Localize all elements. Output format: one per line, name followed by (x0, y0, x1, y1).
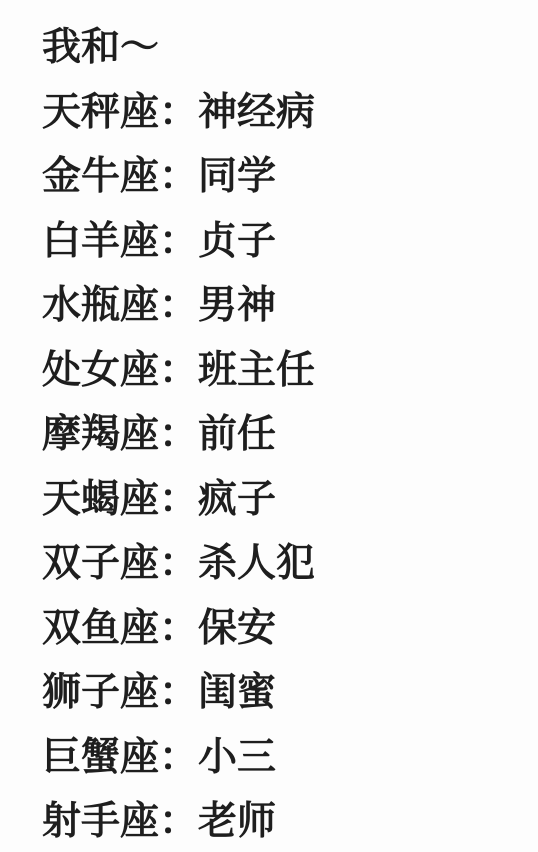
zodiac-row-sagittarius: 射手座：老师 (42, 786, 522, 851)
zodiac-label: 小三 (198, 726, 276, 782)
zodiac-row-virgo: 处女座：班主任 (42, 335, 522, 400)
zodiac-sign: 处女座 (42, 339, 159, 395)
zodiac-sign: 双子座 (42, 532, 159, 588)
page-title: 我和～ (42, 12, 522, 77)
zodiac-row-leo: 狮子座：闺蜜 (42, 657, 522, 722)
zodiac-sign: 狮子座 (42, 661, 159, 717)
zodiac-sign: 双鱼座 (42, 597, 159, 653)
colon-separator: ： (159, 597, 198, 653)
zodiac-row-aries: 白羊座：贞子 (42, 206, 522, 271)
zodiac-row-aquarius: 水瓶座：男神 (42, 270, 522, 335)
zodiac-sign: 白羊座 (42, 210, 159, 266)
zodiac-label: 贞子 (198, 210, 276, 266)
zodiac-label: 神经病 (198, 81, 315, 137)
colon-separator: ： (159, 790, 198, 846)
zodiac-label: 闺蜜 (198, 661, 276, 717)
zodiac-sign: 巨蟹座 (42, 726, 159, 782)
zodiac-row-gemini: 双子座：杀人犯 (42, 528, 522, 593)
colon-separator: ： (159, 210, 198, 266)
zodiac-label: 前任 (198, 403, 276, 459)
title-text: 我和～ (42, 16, 159, 72)
zodiac-label: 同学 (198, 145, 276, 201)
zodiac-sign: 射手座 (42, 790, 159, 846)
colon-separator: ： (159, 145, 198, 201)
zodiac-label: 老师 (198, 790, 276, 846)
colon-separator: ： (159, 81, 198, 137)
zodiac-row-taurus: 金牛座：同学 (42, 141, 522, 206)
zodiac-label: 男神 (198, 274, 276, 330)
zodiac-label: 疯子 (198, 468, 276, 524)
zodiac-sign: 天秤座 (42, 81, 159, 137)
colon-separator: ： (159, 468, 198, 524)
zodiac-row-pisces: 双鱼座：保安 (42, 593, 522, 658)
zodiac-row-cancer: 巨蟹座：小三 (42, 722, 522, 787)
zodiac-sign: 天蝎座 (42, 468, 159, 524)
meme-text-page: 我和～ 天秤座：神经病 金牛座：同学 白羊座：贞子 水瓶座：男神 处女座：班主任… (0, 0, 538, 852)
zodiac-row-libra: 天秤座：神经病 (42, 77, 522, 142)
colon-separator: ： (159, 339, 198, 395)
colon-separator: ： (159, 274, 198, 330)
zodiac-label: 班主任 (198, 339, 315, 395)
zodiac-label: 保安 (198, 597, 276, 653)
zodiac-row-capricorn: 摩羯座：前任 (42, 399, 522, 464)
zodiac-label: 杀人犯 (198, 532, 315, 588)
zodiac-sign: 摩羯座 (42, 403, 159, 459)
colon-separator: ： (159, 532, 198, 588)
zodiac-sign: 水瓶座 (42, 274, 159, 330)
colon-separator: ： (159, 726, 198, 782)
zodiac-sign: 金牛座 (42, 145, 159, 201)
colon-separator: ： (159, 403, 198, 459)
colon-separator: ： (159, 661, 198, 717)
zodiac-row-scorpio: 天蝎座：疯子 (42, 464, 522, 529)
